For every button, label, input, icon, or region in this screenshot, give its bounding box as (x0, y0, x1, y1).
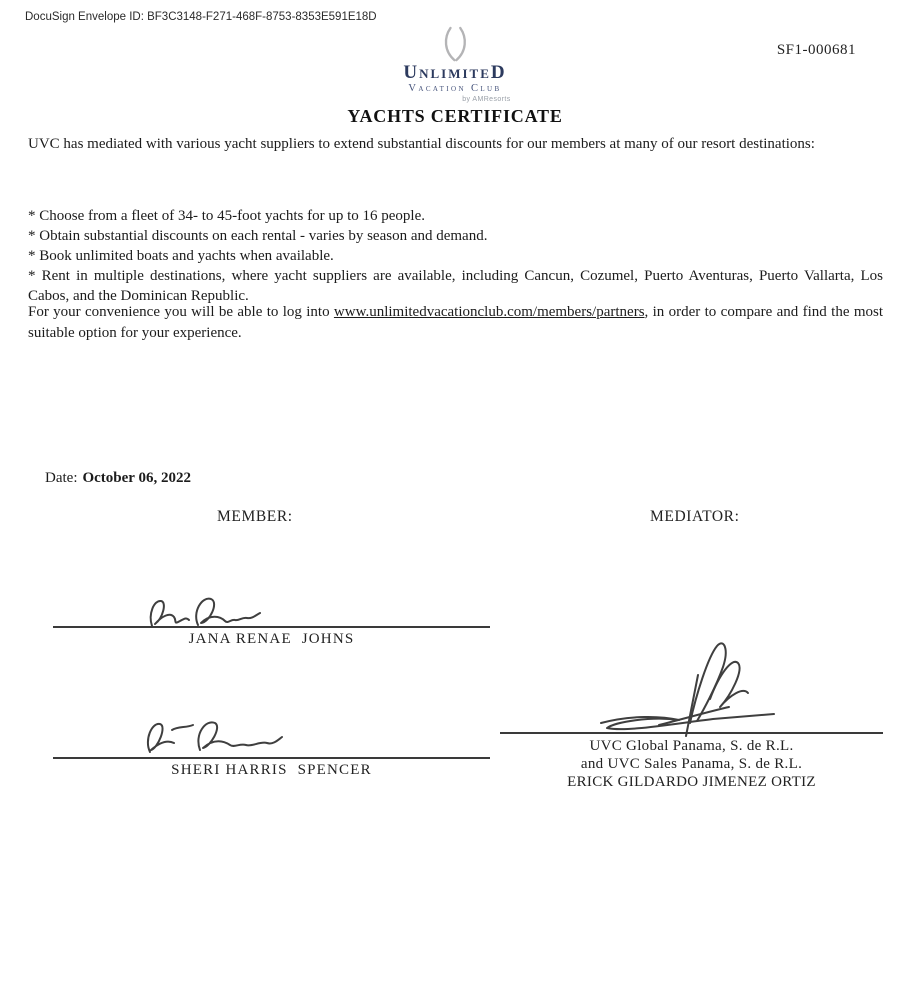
signature-line-member-1 (53, 626, 490, 628)
member-section-label: MEMBER: (217, 508, 293, 526)
signature-line-member-2 (53, 757, 490, 759)
logo-brand-text: UnlimiteD (403, 64, 506, 82)
date-value: October 06, 2022 (82, 470, 190, 486)
date-line: Date:October 06, 2022 (45, 470, 191, 487)
benefit-item: * Rent in multiple destinations, where y… (28, 266, 883, 306)
intro-paragraph: UVC has mediated with various yacht supp… (28, 134, 883, 155)
mediator-org-line-2: and UVC Sales Panama, S. de R.L. (500, 755, 883, 773)
member-name-1: JANA RENAE JOHNS (53, 631, 490, 648)
member-name-2: SHERI HARRIS SPENCER (53, 762, 490, 779)
member-signature-2-image (136, 714, 286, 759)
partners-link[interactable]: www.unlimitedvacationclub.com/members/pa… (334, 304, 645, 320)
mediator-section-label: MEDIATOR: (650, 508, 740, 526)
reference-number: SF1-000681 (777, 42, 856, 59)
benefit-item: * Book unlimited boats and yachts when a… (28, 246, 883, 266)
logo-byline-text: by AMResorts (462, 96, 510, 103)
benefits-list: * Choose from a fleet of 34- to 45-foot … (28, 206, 883, 306)
benefit-item: * Obtain substantial discounts on each r… (28, 226, 883, 246)
certificate-page: DocuSign Envelope ID: BF3C3148-F271-468F… (0, 0, 910, 1000)
mediator-signature-image (593, 637, 783, 737)
signature-line-mediator (500, 732, 883, 734)
mediator-org-line-1: UVC Global Panama, S. de R.L. (500, 737, 883, 755)
uvc-emblem-icon (441, 26, 469, 63)
mediator-signature-block: UVC Global Panama, S. de R.L. and UVC Sa… (500, 737, 883, 791)
mediator-name: ERICK GILDARDO JIMENEZ ORTIZ (500, 773, 883, 791)
certificate-title: YACHTS CERTIFICATE (0, 106, 910, 127)
uvc-logo: UnlimiteD Vacation Club by AMResorts (403, 26, 506, 103)
benefit-item: * Choose from a fleet of 34- to 45-foot … (28, 206, 883, 226)
date-label: Date: (45, 470, 77, 486)
convenience-text-before: For your convenience you will be able to… (28, 304, 334, 320)
logo-subtitle-text: Vacation Club (408, 83, 501, 94)
docusign-envelope-id: DocuSign Envelope ID: BF3C3148-F271-468F… (25, 11, 377, 23)
convenience-paragraph: For your convenience you will be able to… (28, 302, 883, 344)
